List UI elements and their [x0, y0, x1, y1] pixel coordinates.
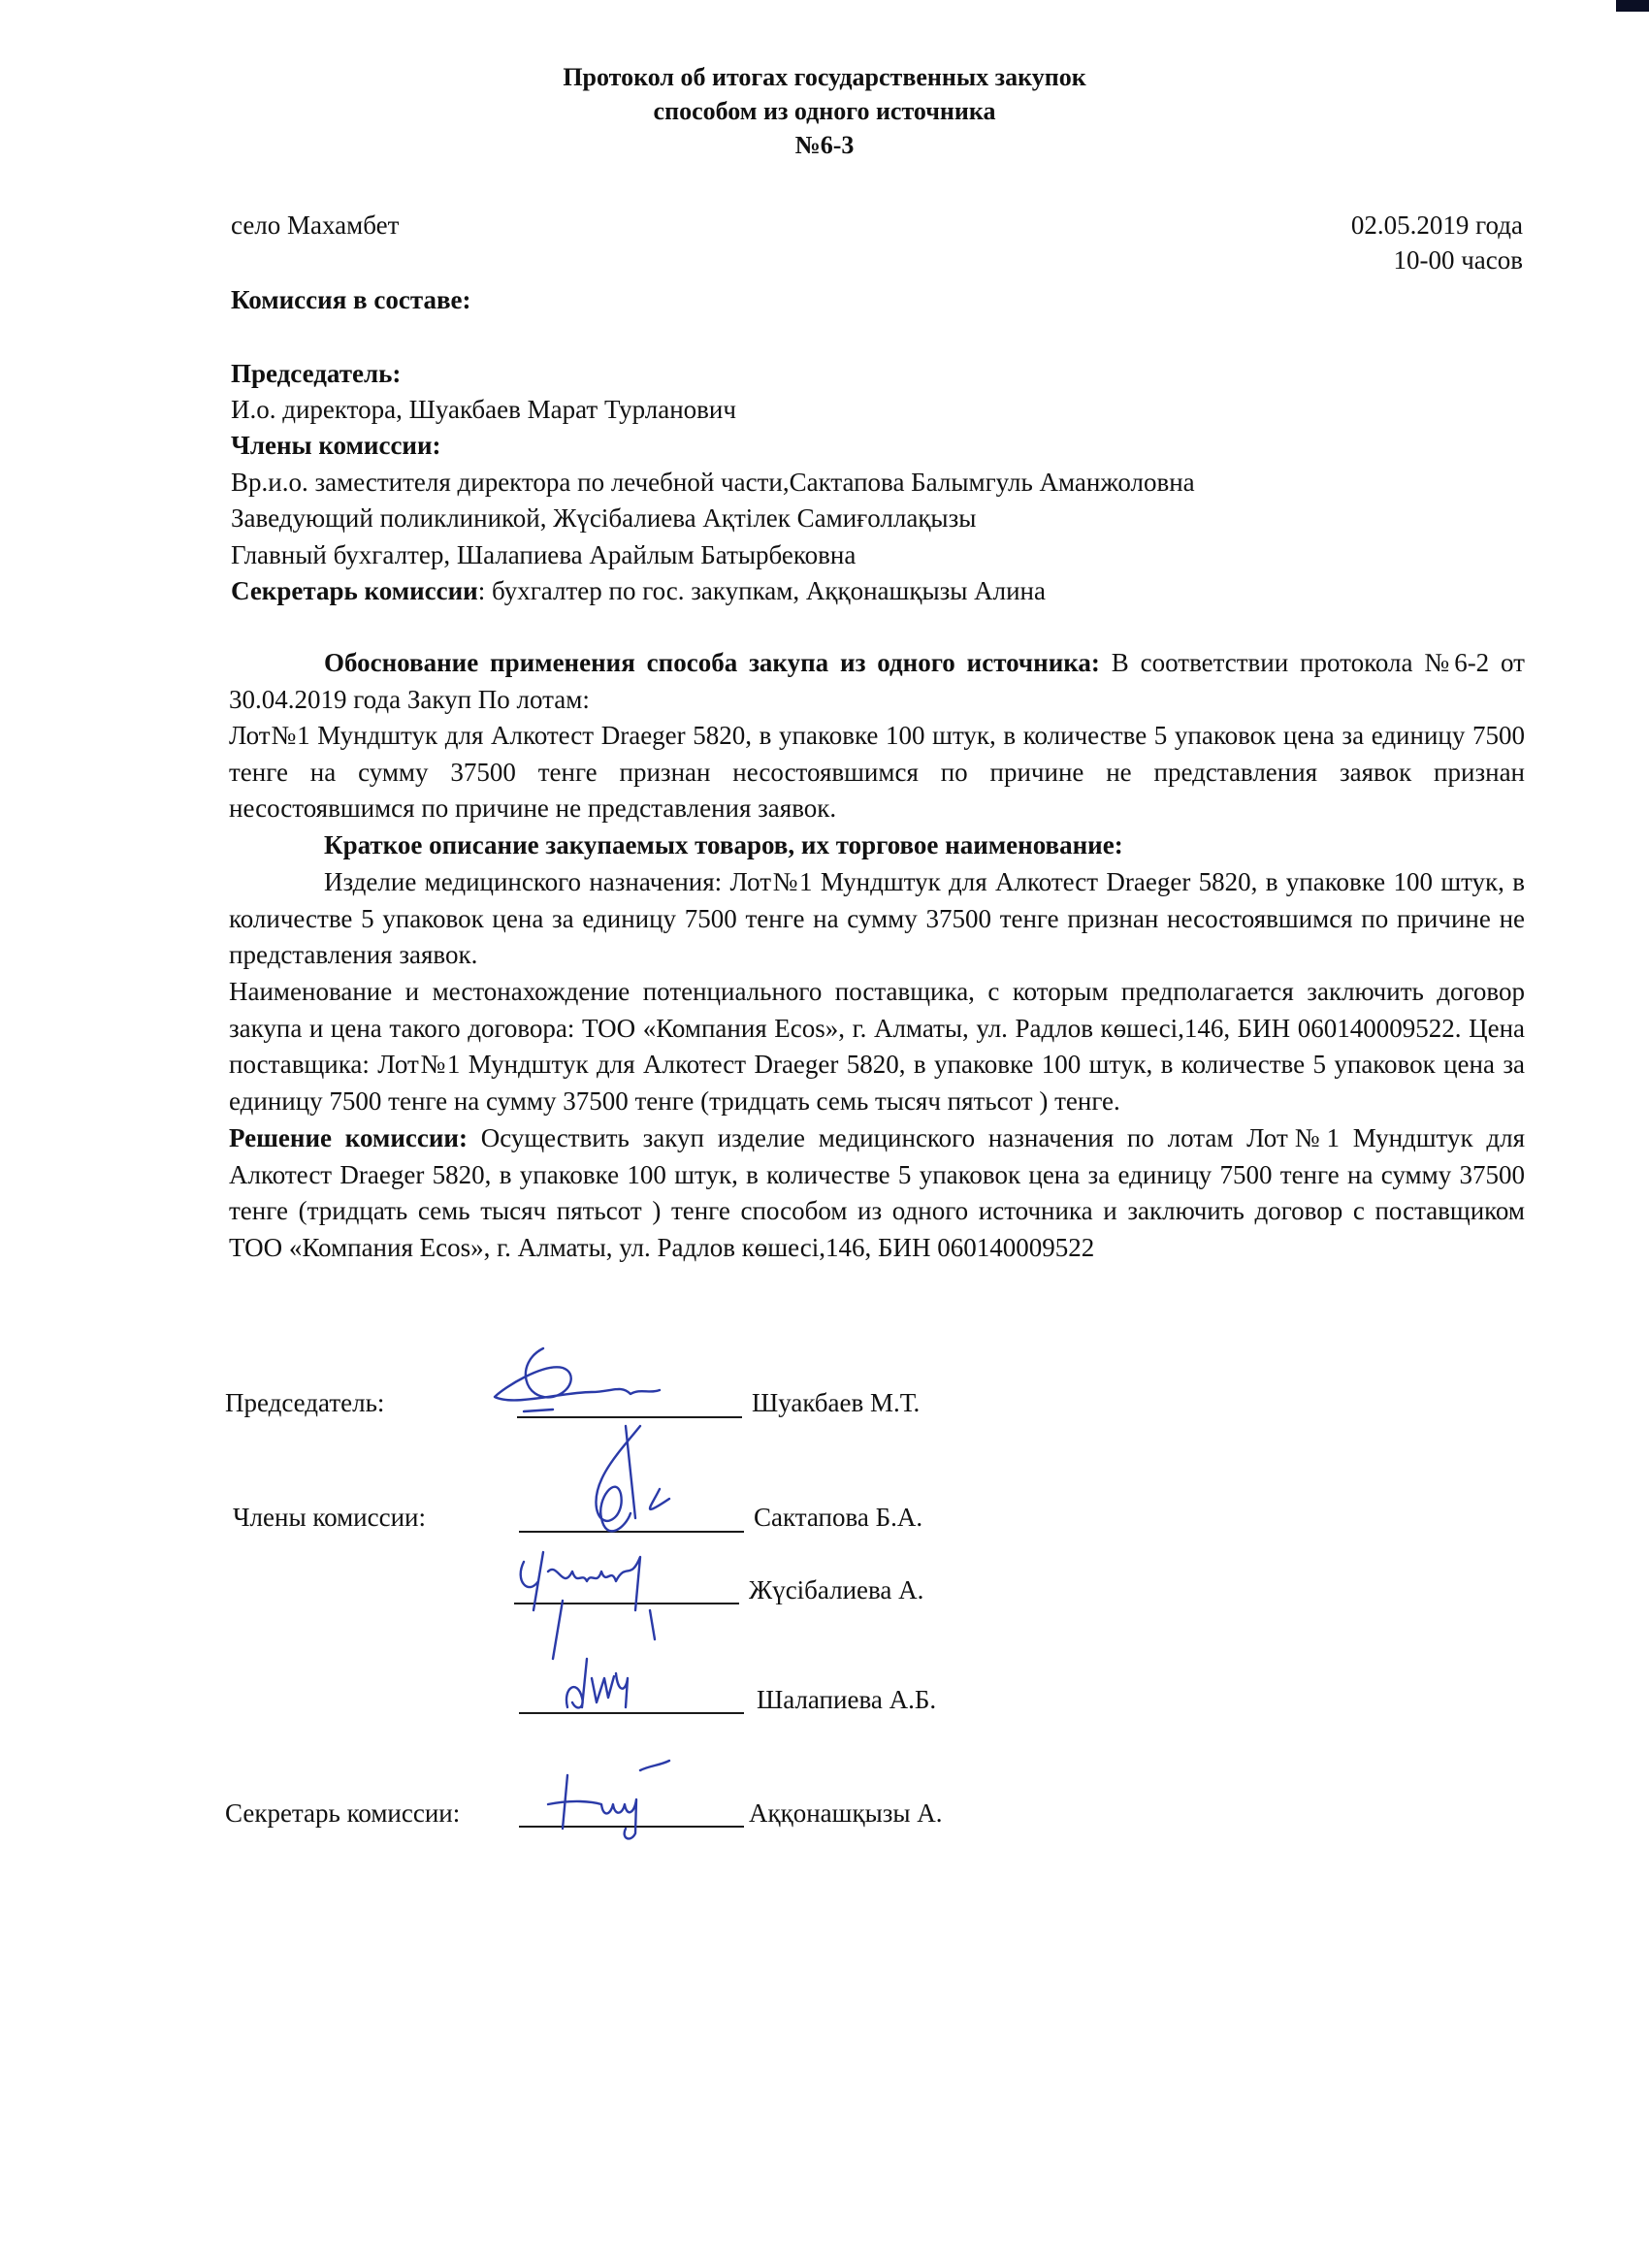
sig-member-2-name: Жүсібалиева А.: [749, 1571, 923, 1608]
supplier-text: Наименование и местонахождение потенциал…: [229, 974, 1525, 1119]
decision-label: Решение комиссии:: [229, 1123, 468, 1152]
sig-chairman-name: Шуакбаев М.Т.: [752, 1384, 920, 1421]
title-line-2: способом из одного источника: [0, 94, 1649, 128]
justification-lot: Лот№1 Мундштук для Алкотест Draeger 5820…: [229, 718, 1525, 827]
secretary-text: : бухгалтер по гос. закупкам, Аққонашқыз…: [478, 576, 1046, 605]
description-label: Краткое описание закупаемых товаров, их …: [229, 827, 1525, 864]
member-1: Вр.и.о. заместителя директора по лечебно…: [231, 464, 1195, 501]
sig-secretary-label: Секретарь комиссии:: [225, 1795, 460, 1831]
chairman-label: Председатель:: [231, 355, 401, 392]
sig-member-1-name: Сактапова Б.А.: [754, 1499, 922, 1536]
scan-edge-mark: [1616, 0, 1649, 12]
chairman: И.о. директора, Шуакбаев Марат Турланови…: [231, 391, 736, 428]
signature-secretary: [543, 1761, 698, 1848]
sig-chairman-label: Председатель:: [225, 1384, 384, 1421]
secretary-label: Секретарь комиссии: [231, 576, 478, 605]
place: село Махамбет: [231, 207, 399, 243]
time: 10-00 часов: [1393, 242, 1523, 278]
sig-secretary-name: Аққонашқызы А.: [749, 1795, 943, 1831]
title-line-3: №6-3: [0, 128, 1649, 162]
members-label: Члены комиссии:: [231, 427, 441, 464]
justification-label: Обоснование применения способа закупа из…: [324, 648, 1100, 677]
sig-members-label: Члены комиссии:: [233, 1499, 426, 1536]
signature-member-1: [543, 1421, 718, 1547]
document-title: Протокол об итогах государственных закуп…: [0, 60, 1649, 162]
commission-heading: Комиссия в составе:: [231, 281, 471, 318]
title-line-1: Протокол об итогах государственных закуп…: [0, 60, 1649, 94]
secretary: Секретарь комиссии: бухгалтер по гос. за…: [231, 572, 1046, 609]
member-2: Заведующий поликлиникой, Жүсібалиева Ақт…: [231, 500, 976, 536]
sig-member-3-name: Шалапиева А.Б.: [757, 1681, 936, 1718]
member-3: Главный бухгалтер, Шалапиева Арайлым Бат…: [231, 536, 856, 573]
signature-member-3: [558, 1649, 674, 1727]
description-text: Изделие медицинского назначения: Лот№1 М…: [229, 864, 1525, 974]
date: 02.05.2019 года: [1351, 207, 1523, 243]
signature-chairman: [485, 1344, 718, 1421]
justification-paragraph: Обоснование применения способа закупа из…: [229, 645, 1525, 718]
decision-paragraph: Решение комиссии: Осуществить закуп изде…: [229, 1120, 1525, 1266]
description-label-text: Краткое описание закупаемых товаров, их …: [324, 830, 1123, 859]
